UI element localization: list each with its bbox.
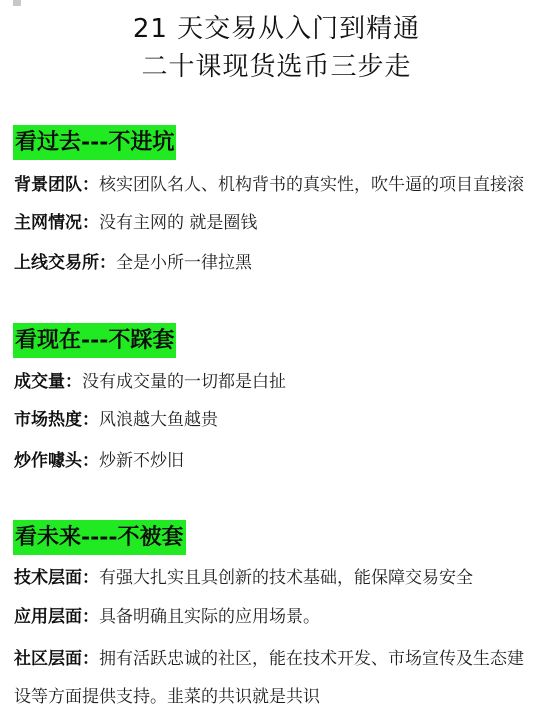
title-line-2: 二十课现货选币三步走 [0, 48, 553, 86]
item-label: 上线交易所： [14, 253, 116, 273]
item-text: 没有主网的 就是圈钱 [99, 213, 257, 233]
list-item: 社区层面：拥有活跃忠诚的社区，能在技术开发、市场宣传及生态建 [14, 647, 524, 671]
item-label: 应用层面： [14, 607, 99, 627]
section-heading-future: 看未来----不被套 [13, 520, 186, 555]
list-item: 应用层面：具备明确且实际的应用场景。 [14, 605, 320, 629]
item-text: 拥有活跃忠诚的社区，能在技术开发、市场宣传及生态建 [99, 649, 524, 669]
item-text: 具备明确且实际的应用场景。 [99, 607, 320, 627]
section-heading-present: 看现在---不踩套 [13, 323, 176, 358]
item-label: 背景团队： [14, 175, 99, 195]
list-item: 背景团队：核实团队名人、机构背书的真实性，吹牛逼的项目直接滚 [14, 173, 524, 197]
list-item: 技术层面：有强大扎实且具创新的技术基础，能保障交易安全 [14, 566, 473, 590]
corner-mark [13, 0, 21, 6]
item-label: 技术层面： [14, 568, 99, 588]
list-item: 主网情况：没有主网的 就是圈钱 [14, 211, 257, 235]
list-item: 上线交易所：全是小所一律拉黑 [14, 251, 252, 275]
item-label: 市场热度： [14, 410, 99, 430]
item-text: 全是小所一律拉黑 [116, 253, 252, 273]
item-label: 成交量： [14, 372, 82, 392]
section-heading-past: 看过去---不进坑 [13, 125, 176, 160]
item-label: 炒作噱头： [14, 451, 99, 471]
item-text: 炒新不炒旧 [99, 451, 184, 471]
document-title: 21 天交易从入门到精通 二十课现货选币三步走 [0, 10, 553, 86]
list-item: 市场热度：风浪越大鱼越贵 [14, 408, 218, 432]
item-label: 主网情况： [14, 213, 99, 233]
item-text: 风浪越大鱼越贵 [99, 410, 218, 430]
title-line-1: 21 天交易从入门到精通 [0, 10, 553, 48]
item-text: 有强大扎实且具创新的技术基础，能保障交易安全 [99, 568, 473, 588]
list-item: 炒作噱头：炒新不炒旧 [14, 449, 184, 473]
list-item: 成交量：没有成交量的一切都是白扯 [14, 370, 286, 394]
item-label: 社区层面： [14, 649, 99, 669]
item-text: 没有成交量的一切都是白扯 [82, 372, 286, 392]
list-item-continuation: 设等方面提供支持。韭菜的共识就是共识 [14, 685, 320, 709]
item-text: 设等方面提供支持。韭菜的共识就是共识 [14, 687, 320, 707]
item-text: 核实团队名人、机构背书的真实性，吹牛逼的项目直接滚 [99, 175, 524, 195]
